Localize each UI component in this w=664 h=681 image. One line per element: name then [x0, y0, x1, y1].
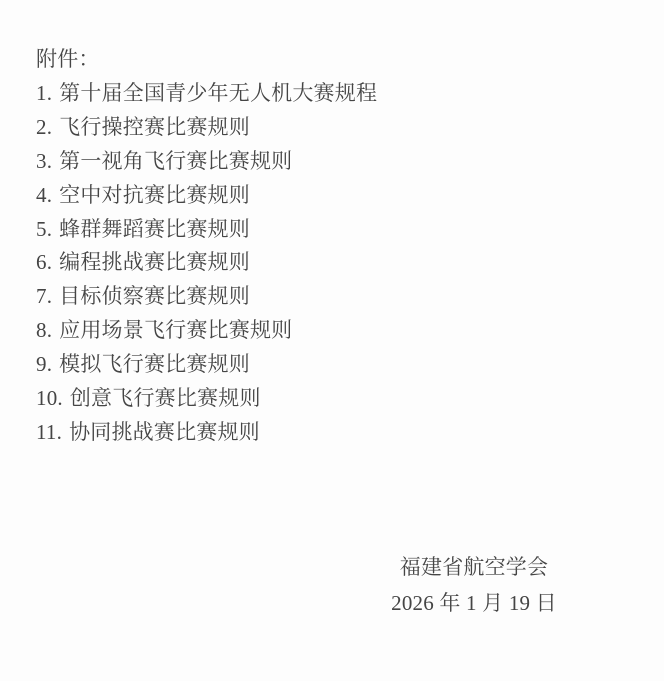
attachment-item-1: 1.第十届全国青少年无人机大赛规程 [36, 77, 644, 111]
attachment-title: 目标侦察赛比赛规则 [59, 284, 250, 308]
attachment-number: 10. [36, 382, 63, 416]
attachment-number: 8. [36, 314, 52, 348]
document-page: 附件： 1.第十届全国青少年无人机大赛规程 2.飞行操控赛比赛规则 3.第一视角… [0, 0, 664, 681]
attachment-number: 5. [36, 213, 52, 247]
attachment-item-5: 5.蜂群舞蹈赛比赛规则 [36, 213, 644, 247]
signature-block: 福建省航空学会 2026 年 1 月 19 日 [324, 549, 624, 621]
attachment-title: 蜂群舞蹈赛比赛规则 [59, 217, 250, 241]
attachment-title: 应用场景飞行赛比赛规则 [59, 318, 292, 342]
attachment-item-7: 7.目标侦察赛比赛规则 [36, 280, 644, 314]
attachments-heading: 附件： [36, 43, 644, 77]
attachment-title: 模拟飞行赛比赛规则 [59, 352, 250, 376]
attachment-item-3: 3.第一视角飞行赛比赛规则 [36, 145, 644, 179]
attachment-number: 2. [36, 111, 52, 145]
attachment-item-10: 10.创意飞行赛比赛规则 [36, 382, 644, 416]
attachment-item-4: 4.空中对抗赛比赛规则 [36, 179, 644, 213]
attachment-title: 创意飞行赛比赛规则 [70, 386, 261, 410]
attachments-section: 附件： 1.第十届全国青少年无人机大赛规程 2.飞行操控赛比赛规则 3.第一视角… [36, 43, 644, 450]
attachment-number: 6. [36, 246, 52, 280]
signature-organization: 福建省航空学会 [324, 549, 624, 585]
attachment-item-11: 11.协同挑战赛比赛规则 [36, 416, 644, 450]
attachment-item-8: 8.应用场景飞行赛比赛规则 [36, 314, 644, 348]
attachment-number: 4. [36, 179, 52, 213]
attachment-title: 编程挑战赛比赛规则 [59, 250, 250, 274]
attachment-title: 第一视角飞行赛比赛规则 [59, 149, 292, 173]
attachment-number: 3. [36, 145, 52, 179]
signature-date: 2026 年 1 月 19 日 [324, 585, 624, 621]
attachment-title: 协同挑战赛比赛规则 [69, 420, 260, 444]
attachment-number: 7. [36, 280, 52, 314]
attachment-title: 第十届全国青少年无人机大赛规程 [59, 81, 377, 105]
attachment-number: 11. [36, 416, 62, 450]
attachment-number: 9. [36, 348, 52, 382]
attachment-title: 飞行操控赛比赛规则 [59, 115, 250, 139]
attachment-item-9: 9.模拟飞行赛比赛规则 [36, 348, 644, 382]
attachment-item-6: 6.编程挑战赛比赛规则 [36, 246, 644, 280]
attachment-number: 1. [36, 77, 52, 111]
attachment-item-2: 2.飞行操控赛比赛规则 [36, 111, 644, 145]
attachment-title: 空中对抗赛比赛规则 [59, 183, 250, 207]
